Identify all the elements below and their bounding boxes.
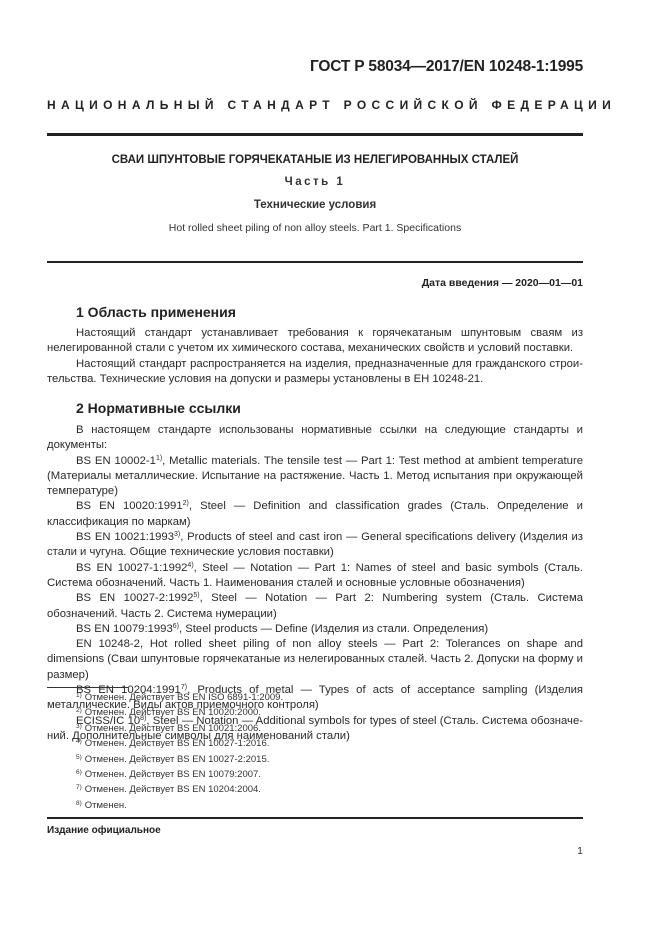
footnote-mark: 5) xyxy=(76,754,82,761)
part-label: Часть 1 xyxy=(47,176,583,188)
footnote-item: 6)Отменен. Действует BS EN 10079:2007. xyxy=(76,767,283,782)
footnote-mark: 6) xyxy=(76,769,82,776)
official-edition-label: Издание официальное xyxy=(47,825,161,836)
national-standard-banner: НАЦИОНАЛЬНЫЙ СТАНДАРТ РОССИЙСКОЙ ФЕДЕРАЦ… xyxy=(47,98,583,112)
english-title: Hot rolled sheet piling of non alloy ste… xyxy=(47,222,583,234)
paragraph: Настоящий стандарт устанавливает требова… xyxy=(47,326,583,357)
reference-code: BS EN 10020:1991 xyxy=(76,500,183,512)
reference-code: BS EN 10002-1 xyxy=(76,455,156,467)
document-id: ГОСТ Р 58034—2017/EN 10248-1:1995 xyxy=(310,58,583,76)
footnote-text: Отменен. Действует BS EN 10079:2007. xyxy=(85,769,261,780)
header-rule xyxy=(47,133,583,136)
paragraph: Настоящий стандарт распространяется на и… xyxy=(47,357,583,388)
reference-code: EN 10248-2 xyxy=(76,638,140,650)
document-title: СВАИ ШПУНТОВЫЕ ГОРЯЧЕКАТАНЫЕ ИЗ НЕЛЕГИРО… xyxy=(47,154,583,166)
section-heading-scope: 1 Область применения xyxy=(76,304,236,320)
reference-text: , Steel products — Define (Изделия из ст… xyxy=(179,623,488,635)
reference-item: BS EN 10002-11), Metallic materials. The… xyxy=(47,454,583,500)
footnote-rule xyxy=(47,687,128,688)
document-subtitle: Технические условия xyxy=(47,199,583,211)
reference-item: BS EN 10021:19933), Products of steel an… xyxy=(47,530,583,561)
footnote-text: Отменен. Действует BS EN 10027-2:2015. xyxy=(85,754,270,765)
footnote-mark: 1) xyxy=(76,692,82,699)
footnote-item: 7)Отменен. Действует BS EN 10204:2004. xyxy=(76,782,283,797)
reference-item: BS EN 10027-1:19924), Steel — Notation —… xyxy=(47,561,583,592)
footnote-mark: 4) xyxy=(76,738,82,745)
reference-item: BS EN 10079:19936), Steel products — Def… xyxy=(47,622,583,637)
footnote-mark: 8) xyxy=(76,800,82,807)
footer-rule xyxy=(47,817,583,819)
reference-code: BS EN 10021:1993 xyxy=(76,531,174,543)
reference-item: BS EN 10020:19912), Steel — Definition a… xyxy=(47,499,583,530)
footnote-item: 2)Отменен. Действует BS EN 10020:2000. xyxy=(76,705,283,720)
footnote-item: 3)Отменен. Действует BS EN 10021:2006. xyxy=(76,721,283,736)
footnote-item: 1)Отменен. Действует BS EN ISO 6891-1:20… xyxy=(76,690,283,705)
section-heading-normative-references: 2 Нормативные ссылки xyxy=(76,400,241,416)
section-scope-body: Настоящий стандарт устанавливает требова… xyxy=(47,326,583,387)
footnote-text: Отменен. xyxy=(85,800,127,811)
reference-item: EN 10248-2, Hot rolled sheet piling of n… xyxy=(47,637,583,683)
footnote-text: Отменен. Действует BS EN 10027-1:2016. xyxy=(85,738,270,749)
footnote-mark: 7) xyxy=(76,784,82,791)
reference-code: BS EN 10079:1993 xyxy=(76,623,173,635)
footnote-item: 8)Отменен. xyxy=(76,798,283,813)
footnote-mark: 2) xyxy=(76,707,82,714)
footnote-text: Отменен. Действует BS EN 10020:2000. xyxy=(85,707,261,718)
page-number: 1 xyxy=(577,845,583,857)
footnote-text: Отменен. Действует BS EN ISO 6891-1:2009… xyxy=(85,692,283,703)
footnote-mark: 3) xyxy=(76,723,82,730)
reference-item: BS EN 10027-2:19925), Steel — Notation —… xyxy=(47,591,583,622)
footnote-text: Отменен. Действует BS EN 10204:2004. xyxy=(85,784,261,795)
reference-code: BS EN 10027-1:1992 xyxy=(76,562,187,574)
footnote-item: 5)Отменен. Действует BS EN 10027-2:2015. xyxy=(76,752,283,767)
footnotes: 1)Отменен. Действует BS EN ISO 6891-1:20… xyxy=(76,690,283,813)
reference-code: BS EN 10027-2:1992 xyxy=(76,592,193,604)
title-rule xyxy=(47,261,583,263)
paragraph: В настоящем стандарте использованы норма… xyxy=(47,423,583,454)
footnote-text: Отменен. Действует BS EN 10021:2006. xyxy=(85,723,261,734)
footnote-item: 4)Отменен. Действует BS EN 10027-1:2016. xyxy=(76,736,283,751)
introduction-date: Дата введения — 2020—01—01 xyxy=(422,277,583,289)
